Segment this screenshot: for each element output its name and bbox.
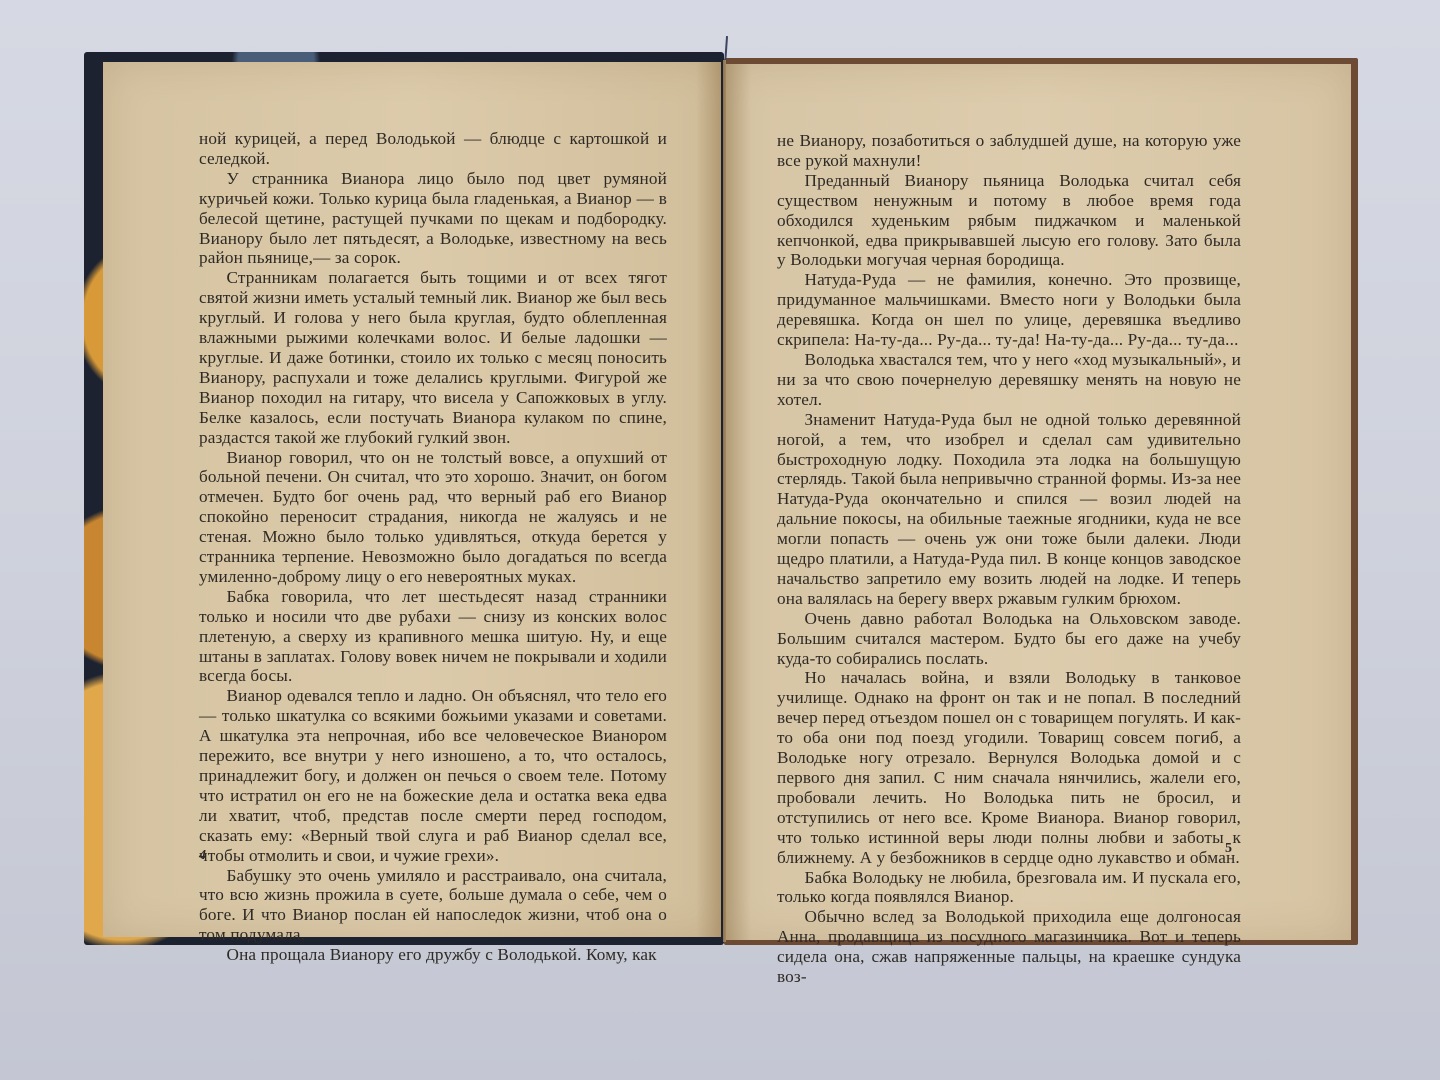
left-page: ной курицей, а перед Володькой — блюдце … bbox=[103, 62, 721, 937]
paragraph: Знаменит Натуда-Руда был не одной только… bbox=[777, 410, 1241, 609]
paragraph: Она прощала Вианору его дружбу с Володьк… bbox=[199, 945, 667, 965]
paragraph: не Вианору, позаботиться о заблудшей душ… bbox=[777, 131, 1241, 171]
paragraph: Натуда-Руда — не фамилия, конечно. Это п… bbox=[777, 270, 1241, 350]
paragraph: ной курицей, а перед Володькой — блюдце … bbox=[199, 129, 667, 169]
paragraph: Вианор одевался тепло и ладно. Он объясн… bbox=[199, 686, 667, 865]
paragraph: Очень давно работал Володька на Ольховск… bbox=[777, 609, 1241, 669]
paragraph: Обычно вслед за Володькой приходила еще … bbox=[777, 907, 1241, 987]
right-page-text: не Вианору, позаботиться о заблудшей душ… bbox=[777, 131, 1241, 987]
page-number-right: 5 bbox=[1225, 841, 1232, 857]
paragraph: Володька хвастался тем, что у него «ход … bbox=[777, 350, 1241, 410]
paragraph: Преданный Вианору пьяница Володька счита… bbox=[777, 171, 1241, 271]
paragraph: Вианор говорил, что он не толстый вовсе,… bbox=[199, 448, 667, 587]
paragraph: Странникам полагается быть тощими и от в… bbox=[199, 268, 667, 447]
right-page: не Вианору, позаботиться о заблудшей душ… bbox=[726, 64, 1351, 940]
paragraph: Бабка говорила, что лет шестьдесят назад… bbox=[199, 587, 667, 687]
left-page-text: ной курицей, а перед Володькой — блюдце … bbox=[199, 129, 667, 965]
page-number-left: 4 bbox=[199, 848, 206, 864]
paragraph: Бабушку это очень умиляло и расстраивало… bbox=[199, 866, 667, 946]
paragraph: Но началась война, и взяли Володьку в та… bbox=[777, 668, 1241, 867]
open-book: ной курицей, а перед Володькой — блюдце … bbox=[0, 0, 1440, 1080]
paragraph: Бабка Володьку не любила, брезговала им.… bbox=[777, 868, 1241, 908]
paragraph: У странника Вианора лицо было под цвет р… bbox=[199, 169, 667, 269]
